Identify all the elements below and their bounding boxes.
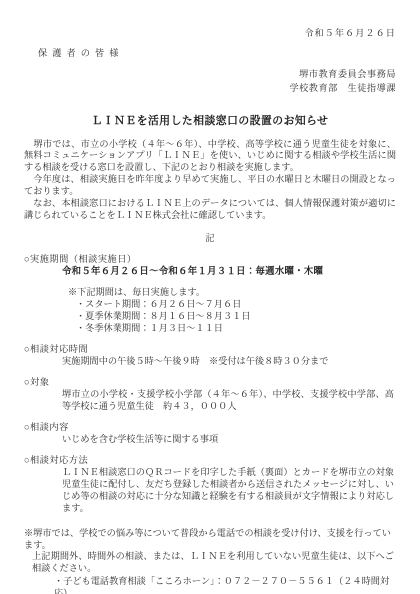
section-period-note: ※下記期間は、毎日実施します。: [68, 287, 396, 299]
section-target: ○対象 堺市立の小学校・支援学校小学部（４年～６年）、中学校、支援学校中学部、高…: [24, 377, 396, 413]
footer-phone-line: ・子ども電話教育相談「こころホーン」：０７２－２７０－５５６１（２４時間対応）: [54, 576, 396, 594]
section-target-body: 堺市立の小学校・支援学校小学部（４年～６年）、中学校、支援学校中学部、高等学校に…: [62, 389, 394, 413]
section-method: ○相談対応方法 ＬＩＮＥ相談窓口のＱＲコードを印字した手紙（裏面）とカードを堺市…: [24, 455, 396, 515]
footer-note-line2: 上記期間外、時間外の相談、または、ＬＩＮＥを利用していない児童生徒は、以下へご相…: [32, 551, 394, 575]
section-hours: ○相談対応時間 実施期間中の午後５時～午後９時 ※受付は午後８時３０分まで: [24, 344, 396, 368]
section-period-heading: ○実施期間（相談実施日）: [24, 254, 396, 266]
section-method-heading: ○相談対応方法: [24, 455, 396, 467]
section-period-bullet-summer: ・夏季休業期間：８月１６日～８月３１日: [76, 311, 396, 323]
record-marker: 記: [24, 233, 396, 245]
section-period: ○実施期間（相談実施日） 令和５年６月２６日～令和６年１月３１日：毎週水曜・木曜…: [24, 254, 396, 335]
footer-note: ※堺市では、学校での悩み等について普段から電話での相談を受け付け、支援を行ってい…: [24, 528, 396, 594]
document-title: ＬＩＮＥを活用した相談窓口の設置のお知らせ: [24, 114, 396, 128]
section-target-heading: ○対象: [24, 377, 396, 389]
section-hours-body: 実施期間中の午後５時～午後９時 ※受付は午後８時３０分まで: [62, 356, 394, 368]
footer-note-line1: ※堺市では、学校での悩み等について普段から電話での相談を受け付け、支援を行ってい…: [24, 528, 396, 552]
intro-paragraph-3: なお、本相談窓口におけるＬＩＮＥ上のデータについては、個人情報保護対策が適切に講…: [24, 198, 396, 222]
sender-organization: 堺市教育委員会事務局: [24, 68, 396, 82]
section-content-heading: ○相談内容: [24, 422, 396, 434]
intro-paragraph-1: 堺市では、市立の小学校（４年～６年）、中学校、高等学校に通う児童生徒を対象に、無…: [24, 139, 396, 175]
notice-document: 令和５年６月２６日 保護者の皆様 堺市教育委員会事務局 学校教育部 生徒指導課 …: [0, 0, 420, 594]
sender-block: 堺市教育委員会事務局 学校教育部 生徒指導課: [24, 68, 396, 96]
intro-paragraphs: 堺市では、市立の小学校（４年～６年）、中学校、高等学校に通う児童生徒を対象に、無…: [24, 139, 396, 223]
section-content: ○相談内容 いじめを含む学校生活等に関する事項: [24, 422, 396, 446]
section-period-dates: 令和５年６月２６日～令和６年１月３１日：毎週水曜・木曜: [62, 266, 396, 278]
recipient-line: 保護者の皆様: [38, 48, 396, 60]
section-period-bullet-winter: ・冬季休業期間：１月３日～１１日: [76, 323, 396, 335]
intro-paragraph-2: 今年度は、相談実施日を昨年度より早めて実施し、平日の水曜日と木曜日の開設となって…: [24, 174, 396, 198]
section-period-bullet-start: ・スタート期間：６月２６日～７月６日: [76, 299, 396, 311]
section-method-body: ＬＩＮＥ相談窓口のＱＲコードを印字した手紙（裏面）とカードを堺市立の対象児童生徒…: [62, 467, 394, 515]
section-content-body: いじめを含む学校生活等に関する事項: [62, 434, 394, 446]
sender-department: 学校教育部 生徒指導課: [24, 82, 396, 96]
issue-date: 令和５年６月２６日: [24, 28, 396, 40]
section-hours-heading: ○相談対応時間: [24, 344, 396, 356]
